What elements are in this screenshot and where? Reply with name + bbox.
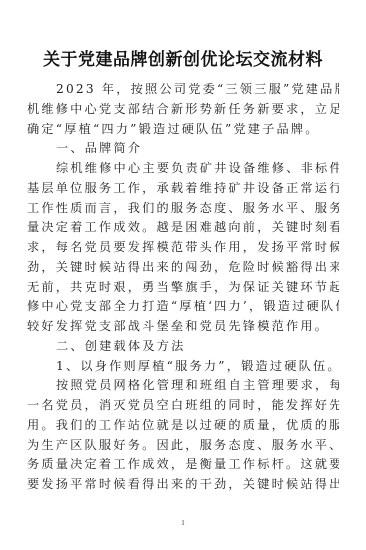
body-line: 要发扬平常时候看得出来的干劲，关键时候站得出来的闯劲，危 (27, 475, 339, 495)
body-line: 量决定着工作成效。越是困难越向前，关键时刻看担当。这就要 (27, 218, 339, 238)
document-title: 关于党建品牌创新创优论坛交流材料 (0, 49, 366, 71)
subsection-heading: 1、以身作则厚植“服务力”，锻造过硬队伍。 (27, 357, 339, 377)
section-heading: 一、品牌简介 (27, 139, 339, 159)
body-line: 务质量决定着工作成效，是衡量工作标杆。这就要求，每名党员 (27, 455, 339, 475)
body-line: 为生产区队服好务。因此，服务态度、服务水平、服务效率、服 (27, 436, 339, 456)
body-line: 修中心党支部全力打造“厚植‘四力’，锻造过硬队伍”品牌， (27, 297, 339, 317)
body-line: 劲，关键时候站得出来的闯劲，危险时候豁得出来的韧劲，一往 (27, 258, 339, 278)
body-line: 机维修中心党支部结合新形势新任务新要求，立足支部工作实际， (27, 100, 339, 120)
document-page: 关于党建品牌创新创优论坛交流材料 2023 年，按照公司党委“三领三服”党建品牌… (0, 0, 366, 550)
body-line: 无前，共克时艰，勇当擎旗手，为保证关键环节起关键作用，维 (27, 278, 339, 298)
body-line: 工作性质而言，我们的服务态度、服务水平、服务效率、服务质 (27, 199, 339, 219)
page-number: 1 (0, 519, 366, 527)
body-line: 较好发挥党支部战斗堡垒和党员先锋模范作用。 (27, 317, 339, 337)
body-line: 综机维修中心主要负责矿井设备维修、非标件加工制作及为 (27, 159, 339, 179)
body-line: 基层单位服务工作，承载着维持矿井设备正常运行关键一环，就 (27, 179, 339, 199)
body-line: 按照党员网格化管理和班组自主管理要求，每个班组都挂靠 (27, 376, 339, 396)
body-line: 2023 年，按照公司党委“三领三服”党建品牌创建要求，综 (27, 80, 339, 100)
body-line: 一名党员，消灭党员空白班组的同时，能发挥好先锋模范带头作 (27, 396, 339, 416)
section-heading: 二、创建载体及方法 (27, 337, 339, 357)
document-body: 2023 年，按照公司党委“三领三服”党建品牌创建要求，综 机维修中心党支部结合… (27, 80, 339, 495)
body-line: 确定“厚植“四力”锻造过硬队伍”党建子品牌。 (27, 120, 339, 140)
body-line: 求，每名党员要发挥模范带头作用，发扬平常时候看得出来的干 (27, 238, 339, 258)
body-line: 用。我们的工作站位就是以过硬的质量，优质的服务，千方百计 (27, 416, 339, 436)
